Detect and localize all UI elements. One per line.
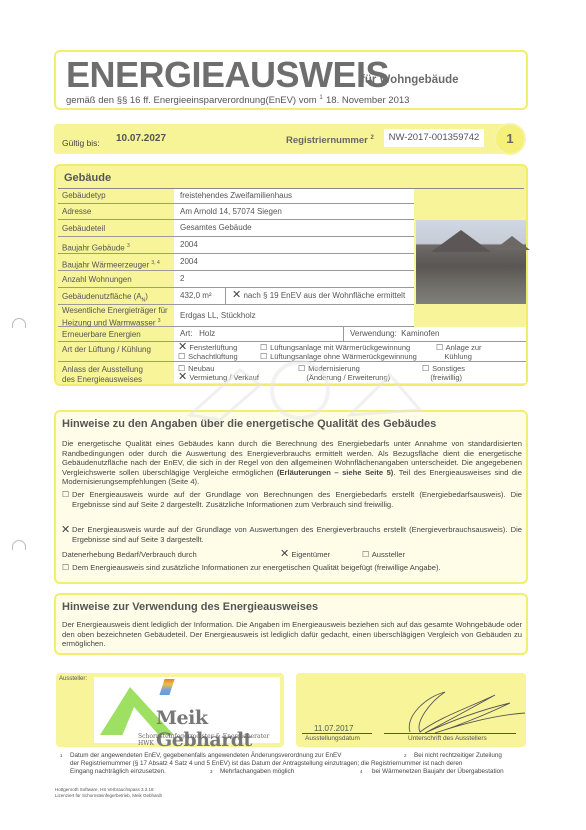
table-row: Gebäudenutzfläche (AN) 432,0 m² ✕ nach §… bbox=[58, 288, 414, 305]
footnote-marker: 3 bbox=[127, 243, 130, 249]
footnote-marker: 2 bbox=[404, 752, 407, 760]
option-label: (Änderung / Erweiterung) bbox=[306, 373, 390, 382]
row-key: Adresse bbox=[62, 207, 91, 217]
table-row: Art der Lüftung / Kühlung ✕ Fensterlüftu… bbox=[58, 342, 526, 362]
footnote-1: Datum der angewendeten EnEV, gegebenenfa… bbox=[70, 752, 341, 760]
section-title: Gebäude bbox=[64, 172, 111, 184]
option-additional-info[interactable]: ☐ Dem Energieausweis sind zusätzliche In… bbox=[62, 563, 522, 573]
punch-hole bbox=[12, 318, 26, 328]
option-text: Dem Energieausweis sind zusätzliche Info… bbox=[72, 563, 441, 572]
row-key-line1: Anlass der Ausstellung bbox=[62, 365, 143, 374]
section-title: Hinweise zur Verwendung des Energieauswe… bbox=[62, 601, 318, 613]
table-row: Gebäudeteil Gesamtes Gebäude bbox=[58, 220, 414, 237]
option-demand-based[interactable]: ☐Der Energieausweis wurde auf der Grundl… bbox=[62, 490, 522, 509]
option-issuer[interactable]: ☐ Aussteller bbox=[362, 550, 405, 560]
option-other[interactable]: ☐ Sonstiges (freiwillig) bbox=[422, 364, 465, 382]
table-row: Anzahl Wohnungen 2 bbox=[58, 271, 414, 288]
issue-date-label: Ausstellungsdatum bbox=[305, 735, 360, 742]
checkbox-empty-icon: ☐ bbox=[298, 364, 306, 373]
issuer-label: Aussteller: bbox=[59, 676, 87, 682]
renewable-type-label: Art: bbox=[180, 329, 192, 338]
registry-number: NW-2017-001359742 bbox=[384, 129, 484, 147]
data-collection-label: Datenerhebung Bedarf/Verbrauch durch bbox=[62, 550, 197, 559]
table-row: Baujahr Gebäude 3 2004 bbox=[58, 237, 414, 254]
law-date: 18. November 2013 bbox=[326, 95, 409, 106]
option-label: Aussteller bbox=[372, 550, 405, 559]
notes-intro: Die energetische Qualität eines Gebäudes… bbox=[62, 439, 522, 487]
section-title: Hinweise zu den Angaben über die energet… bbox=[62, 418, 436, 430]
row-note-text: nach § 19 EnEV aus der Wohnfläche ermitt… bbox=[243, 291, 405, 300]
building-photo bbox=[416, 220, 526, 304]
renewable-use: Verwendung: Kaminofen bbox=[344, 327, 526, 341]
row-value: Gesamtes Gebäude bbox=[174, 220, 414, 236]
row-key-text: Baujahr Gebäude bbox=[62, 244, 125, 253]
option-text: Der Energieausweis wurde auf der Grundla… bbox=[72, 490, 522, 509]
option-label: Kühlung bbox=[444, 352, 472, 361]
footnote-marker: 1 bbox=[319, 95, 322, 101]
row-value: Erdgas LL, Stückholz bbox=[174, 305, 414, 326]
issuer-tagline: Schornsteinfegermeister & Energieberater… bbox=[138, 733, 280, 747]
option-label: Anlage zur bbox=[446, 343, 482, 352]
valid-until-label: Gültig bis: bbox=[62, 138, 100, 148]
option-label: Neubau bbox=[188, 364, 214, 373]
table-row: Wesentliche Energieträger fürHeizung und… bbox=[58, 305, 414, 327]
row-key-line1: Wesentliche Energieträger für bbox=[62, 306, 168, 315]
document-header: ENERGIEAUSWEIS für Wohngebäude gemäß den… bbox=[54, 50, 528, 110]
footnote-2-start: Bei nicht rechtzeitiger Zuteilung bbox=[414, 752, 502, 760]
registry-label: Registriernummer 2 bbox=[286, 135, 374, 146]
issuer-box: Aussteller: Meik Gebhardt Schornsteinfeg… bbox=[56, 673, 284, 747]
option-label: Lüftungsanlage mit Wärmerückgewinnung bbox=[270, 343, 410, 352]
table-row: Anlass der Ausstellungdes Energieausweis… bbox=[58, 362, 526, 384]
data-collection-row: Datenerhebung Bedarf/Verbrauch durch ✕ E… bbox=[62, 550, 522, 560]
option-label: Lüftungsanlage ohne Wärmerückgewinnung bbox=[270, 352, 417, 361]
document-subtitle: für Wohngebäude bbox=[361, 74, 459, 86]
checkbox-empty-icon: ☐ bbox=[260, 352, 268, 361]
option-label: (freiwillig) bbox=[430, 373, 462, 382]
footnote-3: Mehrfachangaben möglich bbox=[220, 768, 294, 776]
notes-section: Hinweise zu den Angaben über die energet… bbox=[54, 410, 528, 584]
option-rent-sale[interactable]: ✕ Vermietung / Verkauf bbox=[178, 373, 259, 382]
issue-date: 11.07.2017 bbox=[314, 724, 353, 733]
option-label: Eigentümer bbox=[291, 550, 330, 559]
row-key: Gebäudenutzfläche (AN) bbox=[62, 292, 148, 306]
footnote-line: Eingang nachträglich einzusetzen. 3 Mehr… bbox=[60, 768, 530, 776]
registry-label-text: Registriernummer bbox=[286, 135, 368, 146]
row-key: Art der Lüftung / Kühlung bbox=[62, 345, 151, 355]
document-title: ENERGIEAUSWEIS bbox=[66, 54, 389, 96]
option-ventilation-with-recovery[interactable]: ☐ Lüftungsanlage mit Wärmerückgewinnung bbox=[260, 343, 410, 352]
checkbox-empty-icon: ☐ bbox=[362, 550, 370, 560]
footnote-marker: 2 bbox=[370, 135, 373, 141]
option-label: Modernisierung bbox=[308, 364, 360, 373]
signature-icon bbox=[400, 687, 530, 737]
checkbox-checked-icon: ✕ bbox=[232, 291, 241, 299]
footnote-line: 1 Datum der angewendeten EnEV, gegebenen… bbox=[60, 752, 530, 760]
renewable-use-value: Kaminofen bbox=[401, 329, 439, 338]
intro-bold: (Erläuterungen – siehe Seite 5) bbox=[277, 468, 393, 477]
footnote-marker: 3 bbox=[210, 768, 213, 776]
occasion-options: ☐ Neubau ✕ Vermietung / Verkauf ☐ Modern… bbox=[174, 362, 526, 383]
option-consumption-based[interactable]: ✕Der Energieausweis wurde auf der Grundl… bbox=[62, 525, 522, 544]
page-number-badge: 1 bbox=[494, 123, 526, 155]
row-key: Erneuerbare Energien bbox=[62, 330, 141, 340]
table-row: Gebäudetyp freistehendes Zweifamilienhau… bbox=[58, 189, 414, 204]
ventilation-options: ✕ Fensterlüftung ☐ Schachtlüftung ☐ Lüft… bbox=[174, 342, 526, 361]
renewable-type: Art: Holz bbox=[174, 327, 344, 341]
issuer-logo: Meik Gebhardt Schornsteinfegermeister & … bbox=[94, 677, 280, 743]
validity-bar: Gültig bis: 10.07.2027 Registriernummer … bbox=[54, 124, 506, 154]
row-value: 2004 bbox=[174, 254, 414, 270]
checkbox-checked-icon: ✕ bbox=[178, 373, 187, 381]
footnote-2: der Registriernummer (§ 17 Absatz 4 Satz… bbox=[60, 760, 520, 768]
row-value: 432,0 m² bbox=[174, 288, 226, 304]
row-note: ✕ nach § 19 EnEV aus der Wohnfläche ermi… bbox=[226, 288, 414, 304]
photo-roof bbox=[494, 236, 530, 250]
footnotes: 1 Datum der angewendeten EnEV, gegebenen… bbox=[60, 752, 530, 776]
footnote-4: bei Wärmenetzen Baujahr der Übergabestat… bbox=[372, 768, 504, 776]
divider bbox=[384, 733, 516, 734]
checkbox-checked-icon: ✕ bbox=[280, 550, 289, 558]
signature-box: 11.07.2017 Ausstellungsdatum Unterschrif… bbox=[296, 673, 526, 747]
photo-roof bbox=[431, 230, 491, 252]
software-line: Lizenziert für Schornsteinfegerbetrieb, … bbox=[55, 793, 162, 799]
row-key: Baujahr Gebäude 3 bbox=[62, 241, 130, 254]
checkbox-empty-icon: ☐ bbox=[422, 364, 430, 373]
option-label: Sonstiges bbox=[432, 364, 465, 373]
option-ventilation-without-recovery[interactable]: ☐ Lüftungsanlage ohne Wärmerückgewinnung bbox=[260, 352, 417, 361]
punch-hole bbox=[12, 540, 26, 550]
building-section: Gebäude Gebäudetyp freistehendes Zweifam… bbox=[54, 164, 528, 386]
valid-until-date: 10.07.2027 bbox=[116, 133, 166, 144]
footnote-marker: 4 bbox=[360, 768, 363, 776]
row-key: Gebäudeteil bbox=[62, 224, 105, 234]
option-label: Vermietung / Verkauf bbox=[189, 373, 259, 382]
option-owner[interactable]: ✕ Eigentümer bbox=[280, 550, 330, 560]
row-value: Am Arnold 14, 57074 Siegen bbox=[174, 204, 414, 219]
row-key: Anlass der Ausstellungdes Energieausweis… bbox=[62, 365, 143, 385]
row-key: Gebäudetyp bbox=[62, 191, 106, 201]
footnote-2-end: Eingang nachträglich einzusetzen. bbox=[70, 768, 166, 776]
signature-label: Unterschrift des Ausstellers bbox=[408, 735, 487, 742]
usage-section: Hinweise zur Verwendung des Energieauswe… bbox=[54, 593, 528, 655]
row-key: Baujahr Wärmeerzeuger 3, 4 bbox=[62, 258, 160, 271]
option-text: Der Energieausweis wurde auf der Grundla… bbox=[72, 525, 522, 544]
software-credit: Hottgenroth Software, HS Verbrauchspass … bbox=[55, 787, 162, 798]
row-key-text: Gebäudenutzfläche (A bbox=[62, 292, 142, 301]
law-text: gemäß den §§ 16 ff. Energieeinsparverord… bbox=[66, 95, 317, 106]
row-value: freistehendes Zweifamilienhaus bbox=[174, 189, 414, 203]
option-cooling[interactable]: ☐ Anlage zur Kühlung bbox=[436, 343, 482, 361]
row-value: 2 bbox=[174, 271, 414, 287]
law-reference: gemäß den §§ 16 ff. Energieeinsparverord… bbox=[66, 95, 323, 106]
checkbox-empty-icon: ☐ bbox=[62, 490, 70, 500]
row-key-suffix: ) bbox=[145, 292, 148, 301]
footnote-marker: 1 bbox=[60, 752, 63, 760]
row-value: 2004 bbox=[174, 237, 414, 253]
row-key: Wesentliche Energieträger fürHeizung und… bbox=[62, 306, 168, 329]
checkbox-checked-icon: ✕ bbox=[178, 343, 187, 351]
option-window-ventilation[interactable]: ✕ Fensterlüftung bbox=[178, 343, 237, 352]
checkbox-empty-icon: ☐ bbox=[178, 352, 186, 361]
usage-text: Der Energieausweis dient lediglich der I… bbox=[62, 620, 522, 649]
checkbox-checked-icon: ✕ bbox=[61, 526, 70, 534]
option-shaft-ventilation[interactable]: ☐ Schachtlüftung bbox=[178, 352, 238, 361]
renewable-use-label: Verwendung: bbox=[350, 329, 397, 338]
row-key-line2: des Energieausweises bbox=[62, 375, 142, 384]
option-modernization[interactable]: ☐ Modernisierung (Änderung / Erweiterung… bbox=[298, 364, 390, 382]
row-key-text: Baujahr Wärmeerzeuger bbox=[62, 261, 149, 270]
footnote-marker: 3, 4 bbox=[151, 260, 159, 266]
row-key: Anzahl Wohnungen bbox=[62, 275, 132, 285]
option-label: Schachtlüftung bbox=[188, 352, 238, 361]
software-line: Hottgenroth Software, HS Verbrauchspass … bbox=[55, 787, 162, 793]
renewable-type-value: Holz bbox=[199, 329, 215, 338]
option-label: Fensterlüftung bbox=[189, 343, 237, 352]
table-row: Baujahr Wärmeerzeuger 3, 4 2004 bbox=[58, 254, 414, 271]
checkbox-empty-icon: ☐ bbox=[260, 343, 268, 352]
checkbox-empty-icon: ☐ bbox=[436, 343, 444, 352]
checkbox-empty-icon: ☐ bbox=[62, 563, 70, 573]
table-row: Adresse Am Arnold 14, 57074 Siegen bbox=[58, 204, 414, 220]
footnote-marker: 3 bbox=[158, 318, 161, 324]
divider bbox=[302, 733, 372, 734]
table-row: Erneuerbare Energien Art: Holz Verwendun… bbox=[58, 327, 526, 342]
